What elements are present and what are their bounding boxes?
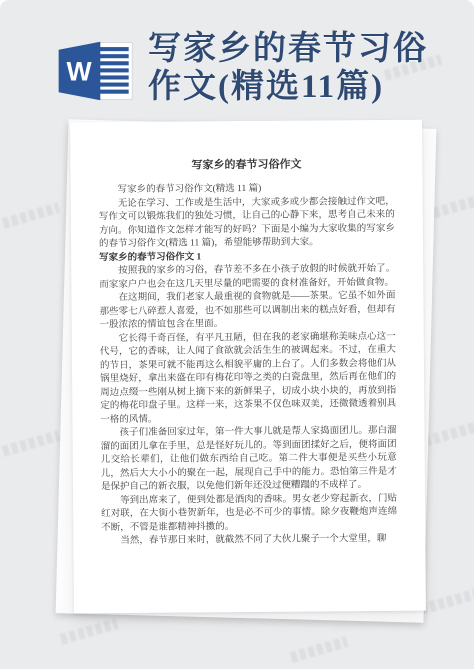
- watermark: [60, 618, 119, 645]
- template-title: 写家乡的春节习俗 作文(精选11篇): [148, 30, 428, 106]
- watermark: [420, 588, 474, 615]
- header: W 写家乡的春节习俗 作文(精选11篇): [56, 30, 428, 106]
- doc-paragraph: 无论在学习、工作或是生活中，大家或多或少都会接触过作文吧，写作文可以锻炼我们的独…: [99, 195, 395, 251]
- template-preview-card: W 写家乡的春节习俗 作文(精选11篇) 写家乡的春节习俗作文 写家乡的春节习俗…: [0, 0, 474, 669]
- doc-title: 写家乡的春节习俗作文: [98, 156, 394, 174]
- doc-paragraph: 在这期间，我们老家人最重视的食物就是——茶果。它虽不如外面那些零七八碎惹人喜爱，…: [99, 290, 395, 333]
- doc-paragraph: 按照我的家乡的习俗，春节差不多在小孩子放假的时候就开始了。而家家户户也会在这几天…: [99, 263, 395, 292]
- template-title-line1: 写家乡的春节习俗: [148, 30, 428, 68]
- doc-paragraph: 等到出席来了，便到处都是酒肉的香味。男女老少穿起新衣，门贴红对联，在大街小巷贺新…: [101, 492, 397, 535]
- watermark: [290, 636, 349, 663]
- template-title-line2: 作文(精选11篇): [148, 68, 428, 106]
- doc-paragraph: 它长得千奇百怪，有平凡丑陋，但在我的老家确堪称美味点心这一代号，它的香味，让人闻…: [100, 330, 397, 427]
- word-icon-letter: W: [66, 57, 92, 87]
- word-icon: W: [56, 38, 134, 104]
- document-page[interactable]: 写家乡的春节习俗作文 写家乡的春节习俗作文(精选 11 篇)无论在学习、工作或是…: [70, 120, 426, 614]
- doc-paragraph: 孩子们准备回家过年，第一件大事儿就是帮人家捣面团儿。那白溜溜的面团儿拿在手里，总…: [100, 425, 397, 495]
- doc-paragraph: 当然，春节那日来时，就截然不同了大伙儿聚子一个大堂里，聊: [101, 533, 397, 549]
- watermark: [2, 202, 61, 229]
- watermark: [2, 430, 61, 457]
- watermark: [424, 420, 474, 447]
- doc-body: 写家乡的春节习俗作文(精选 11 篇)无论在学习、工作或是生活中，大家或多或少都…: [99, 182, 398, 549]
